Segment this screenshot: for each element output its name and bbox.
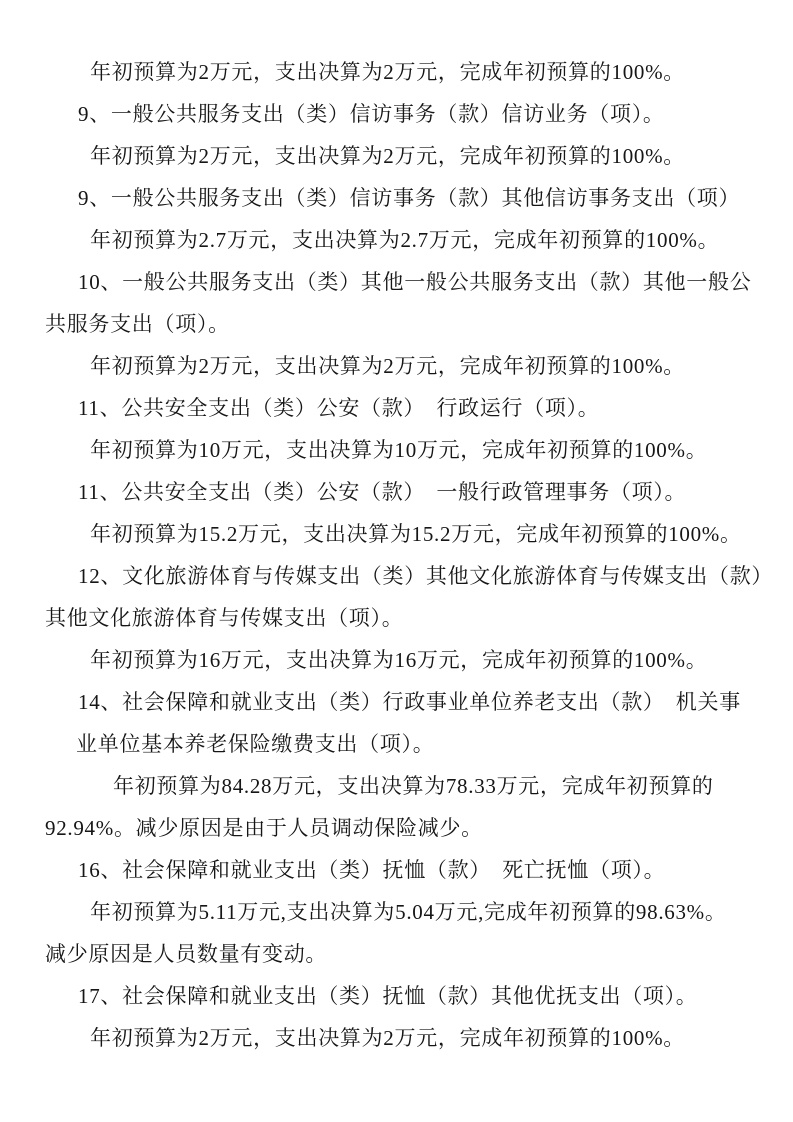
text-line: 年初预算为2万元，支出决算为2万元，完成年初预算的100%。 xyxy=(45,1017,759,1059)
text-line: 年初预算为16万元，支出决算为16万元，完成年初预算的100%。 xyxy=(45,639,759,681)
text-line: 11、公共安全支出（类）公安（款） 行政运行（项）。 xyxy=(45,387,759,429)
text-line: 14、社会保障和就业支出（类）行政事业单位养老支出（款） 机关事 xyxy=(45,681,759,723)
text-line: 12、文化旅游体育与传媒支出（类）其他文化旅游体育与传媒支出（款） xyxy=(45,555,759,597)
text-line: 年初预算为15.2万元，支出决算为15.2万元，完成年初预算的100%。 xyxy=(45,513,759,555)
text-line: 其他文化旅游体育与传媒支出（项）。 xyxy=(45,597,759,639)
text-line: 年初预算为5.11万元,支出决算为5.04万元,完成年初预算的98.63%。 xyxy=(45,891,759,933)
text-line: 年初预算为84.28万元，支出决算为78.33万元，完成年初预算的 xyxy=(45,765,759,807)
text-line: 11、公共安全支出（类）公安（款） 一般行政管理事务（项）。 xyxy=(45,471,759,513)
text-line: 92.94%。减少原因是由于人员调动保险减少。 xyxy=(45,807,759,849)
text-line: 减少原因是人员数量有变动。 xyxy=(45,933,759,975)
text-line: 10、一般公共服务支出（类）其他一般公共服务支出（款）其他一般公 xyxy=(45,261,759,303)
document-page: 年初预算为2万元，支出决算为2万元，完成年初预算的100%。9、一般公共服务支出… xyxy=(0,0,793,1122)
text-line: 年初预算为2.7万元，支出决算为2.7万元，完成年初预算的100%。 xyxy=(45,219,759,261)
text-line: 17、社会保障和就业支出（类）抚恤（款）其他优抚支出（项）。 xyxy=(45,975,759,1017)
text-line: 年初预算为2万元，支出决算为2万元，完成年初预算的100%。 xyxy=(45,135,759,177)
text-line: 年初预算为2万元，支出决算为2万元，完成年初预算的100%。 xyxy=(45,345,759,387)
text-line: 年初预算为2万元，支出决算为2万元，完成年初预算的100%。 xyxy=(45,51,759,93)
text-line: 年初预算为10万元，支出决算为10万元，完成年初预算的100%。 xyxy=(45,429,759,471)
text-line: 共服务支出（项）。 xyxy=(45,303,759,345)
text-line: 9、一般公共服务支出（类）信访事务（款）其他信访事务支出（项） xyxy=(45,177,759,219)
document-body: 年初预算为2万元，支出决算为2万元，完成年初预算的100%。9、一般公共服务支出… xyxy=(45,51,759,1059)
text-line: 9、一般公共服务支出（类）信访事务（款）信访业务（项）。 xyxy=(45,93,759,135)
text-line: 业单位基本养老保险缴费支出（项）。 xyxy=(45,723,759,765)
text-line: 16、社会保障和就业支出（类）抚恤（款） 死亡抚恤（项）。 xyxy=(45,849,759,891)
